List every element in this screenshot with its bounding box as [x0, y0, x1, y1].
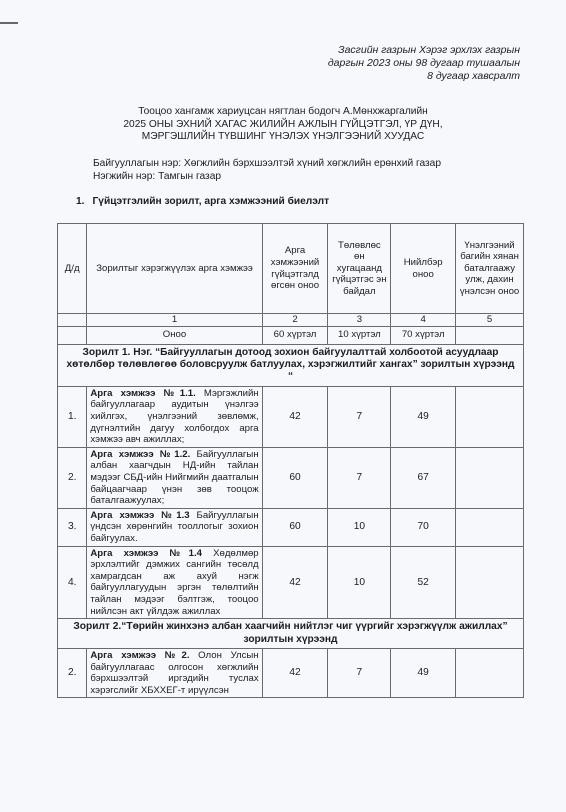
action-description: Арга хэмжээ №1.3 Байгууллагын үндсэн хөр… — [87, 508, 262, 546]
total-score: 49 — [391, 386, 456, 447]
total-score: 49 — [391, 648, 456, 697]
row-index: 2. — [58, 648, 87, 697]
table-row: 2.Арга хэмжээ №1.2. Байгууллагын албан х… — [58, 447, 524, 508]
reviewed-score — [456, 447, 524, 508]
unit-name: Нэгжийн нэр: Тамгын газар — [93, 170, 441, 183]
column-number: 3 — [328, 314, 391, 327]
header-reviewed: Үнэлгээний багийн хянан баталгаажу улж, … — [456, 224, 524, 314]
goal-row: Зорилт 2.“Төрийн жинхэнэ албан хаагчийн … — [58, 619, 524, 649]
table-body: Зорилт 1. Нэг. “Байгууллагын дотоод зохи… — [58, 344, 524, 698]
annex-line-1: Засгийн газрын Хэрэг эрхлэх газрын — [328, 44, 520, 57]
column-number: 5 — [456, 314, 524, 327]
action-description: Арга хэмжээ №1.4 Хөдөлмөр эрхлэлтийг дэм… — [87, 546, 262, 619]
total-score: 52 — [391, 546, 456, 619]
action-description: Арга хэмжээ №1.1. Мэргэжлийн байгууллага… — [87, 386, 262, 447]
annex-line-2: даргын 2023 оны 98 дугаар тушаалын — [328, 57, 520, 70]
max-reviewed — [456, 326, 524, 344]
reviewed-score — [456, 508, 524, 546]
max-timeliness: 10 хүртэл — [328, 326, 391, 344]
header-score: Арга хэмжээний гүйцэтгэлд өгсөн оноо — [262, 224, 328, 314]
action-score: 60 — [262, 508, 328, 546]
timeliness-score: 7 — [328, 648, 391, 697]
header-timeliness: Төлөвлөс өн хугацаанд гүйцэтгэс эн байда… — [328, 224, 391, 314]
score-row-label: Оноо — [87, 326, 262, 344]
reviewed-score — [456, 386, 524, 447]
timeliness-score: 10 — [328, 546, 391, 619]
column-number: 4 — [391, 314, 456, 327]
max-score: 60 хүртэл — [262, 326, 328, 344]
table-row: 1.Арга хэмжээ №1.1. Мэргэжлийн байгуулла… — [58, 386, 524, 447]
goal-row: Зорилт 1. Нэг. “Байгууллагын дотоод зохи… — [58, 344, 524, 386]
action-label: Арга хэмжээ №1.4 — [90, 548, 202, 559]
timeliness-score: 10 — [328, 508, 391, 546]
row-index: 1. — [58, 386, 87, 447]
row-index: 3. — [58, 508, 87, 546]
title-line-2: 2025 ОНЫ ЭХНИЙ ХАГАС ЖИЛИЙН АЖЛЫН ГҮЙЦЭТ… — [0, 119, 566, 132]
reviewed-score — [456, 648, 524, 697]
action-score: 42 — [262, 546, 328, 619]
goal-title: Зорилт 2.“Төрийн жинхэнэ албан хаагчийн … — [58, 619, 524, 649]
table-row: 2.Арга хэмжээ №2. Олон Улсын байгууллага… — [58, 648, 524, 697]
organization-info: Байгууллагын нэр: Хөгжлийн бэрхшээлтэй х… — [93, 157, 441, 183]
document-title: Тооцоо хангамж хариуцсан нягтлан бодогч … — [0, 106, 566, 144]
max-score-row: Оноо 60 хүртэл 10 хүртэл 70 хүртэл — [58, 326, 524, 344]
section-heading: 1.Гүйцэтгэлийн зорилт, арга хэмжээний би… — [76, 196, 329, 207]
organization-name: Байгууллагын нэр: Хөгжлийн бэрхшээлтэй х… — [93, 157, 441, 170]
table-header-row: Д/д Зорилтыг хэрэгжүүлэх арга хэмжээ Арг… — [58, 224, 524, 314]
timeliness-score: 7 — [328, 386, 391, 447]
title-line-3: МЭРГЭШЛИЙН ТҮВШИНГ ҮНЭЛЭХ ҮНЭЛГЭЭНИЙ ХУУ… — [0, 131, 566, 144]
action-score: 60 — [262, 447, 328, 508]
column-number: 2 — [262, 314, 328, 327]
title-line-1: Тооцоо хангамж хариуцсан нягтлан бодогч … — [0, 106, 566, 119]
total-score: 70 — [391, 508, 456, 546]
section-number: 1. — [76, 196, 85, 207]
column-number: 1 — [87, 314, 262, 327]
table-row: 3.Арга хэмжээ №1.3 Байгууллагын үндсэн х… — [58, 508, 524, 546]
table-row: 4.Арга хэмжээ №1.4 Хөдөлмөр эрхлэлтийг д… — [58, 546, 524, 619]
action-description: Арга хэмжээ №1.2. Байгууллагын албан хаа… — [87, 447, 262, 508]
row-index: 2. — [58, 447, 87, 508]
scan-edge-mark — [0, 22, 18, 24]
goal-title: Зорилт 1. Нэг. “Байгууллагын дотоод зохи… — [58, 344, 524, 386]
annex-line-3: 8 дугаар хавсралт — [328, 70, 520, 83]
action-label: Арга хэмжээ №1.3 — [90, 510, 189, 521]
column-number — [58, 314, 87, 327]
timeliness-score: 7 — [328, 447, 391, 508]
header-index: Д/д — [58, 224, 87, 314]
annex-note: Засгийн газрын Хэрэг эрхлэх газрын даргы… — [328, 44, 520, 83]
action-label: Арга хэмжээ №2. — [90, 650, 189, 661]
column-number-row: 1 2 3 4 5 — [58, 314, 524, 327]
header-total: Нийлбэр оноо — [391, 224, 456, 314]
action-score: 42 — [262, 386, 328, 447]
total-score: 67 — [391, 447, 456, 508]
action-label: Арга хэмжээ №1.1. — [90, 388, 195, 399]
section-title: Гүйцэтгэлийн зорилт, арга хэмжээний биел… — [93, 196, 330, 207]
action-label: Арга хэмжээ №1.2. — [90, 449, 190, 460]
evaluation-table: Д/д Зорилтыг хэрэгжүүлэх арга хэмжээ Арг… — [57, 223, 524, 698]
action-score: 42 — [262, 648, 328, 697]
row-index: 4. — [58, 546, 87, 619]
max-total: 70 хүртэл — [391, 326, 456, 344]
score-row-empty — [58, 326, 87, 344]
reviewed-score — [456, 546, 524, 619]
header-action: Зорилтыг хэрэгжүүлэх арга хэмжээ — [87, 224, 262, 314]
action-description: Арга хэмжээ №2. Олон Улсын байгууллагаас… — [87, 648, 262, 697]
